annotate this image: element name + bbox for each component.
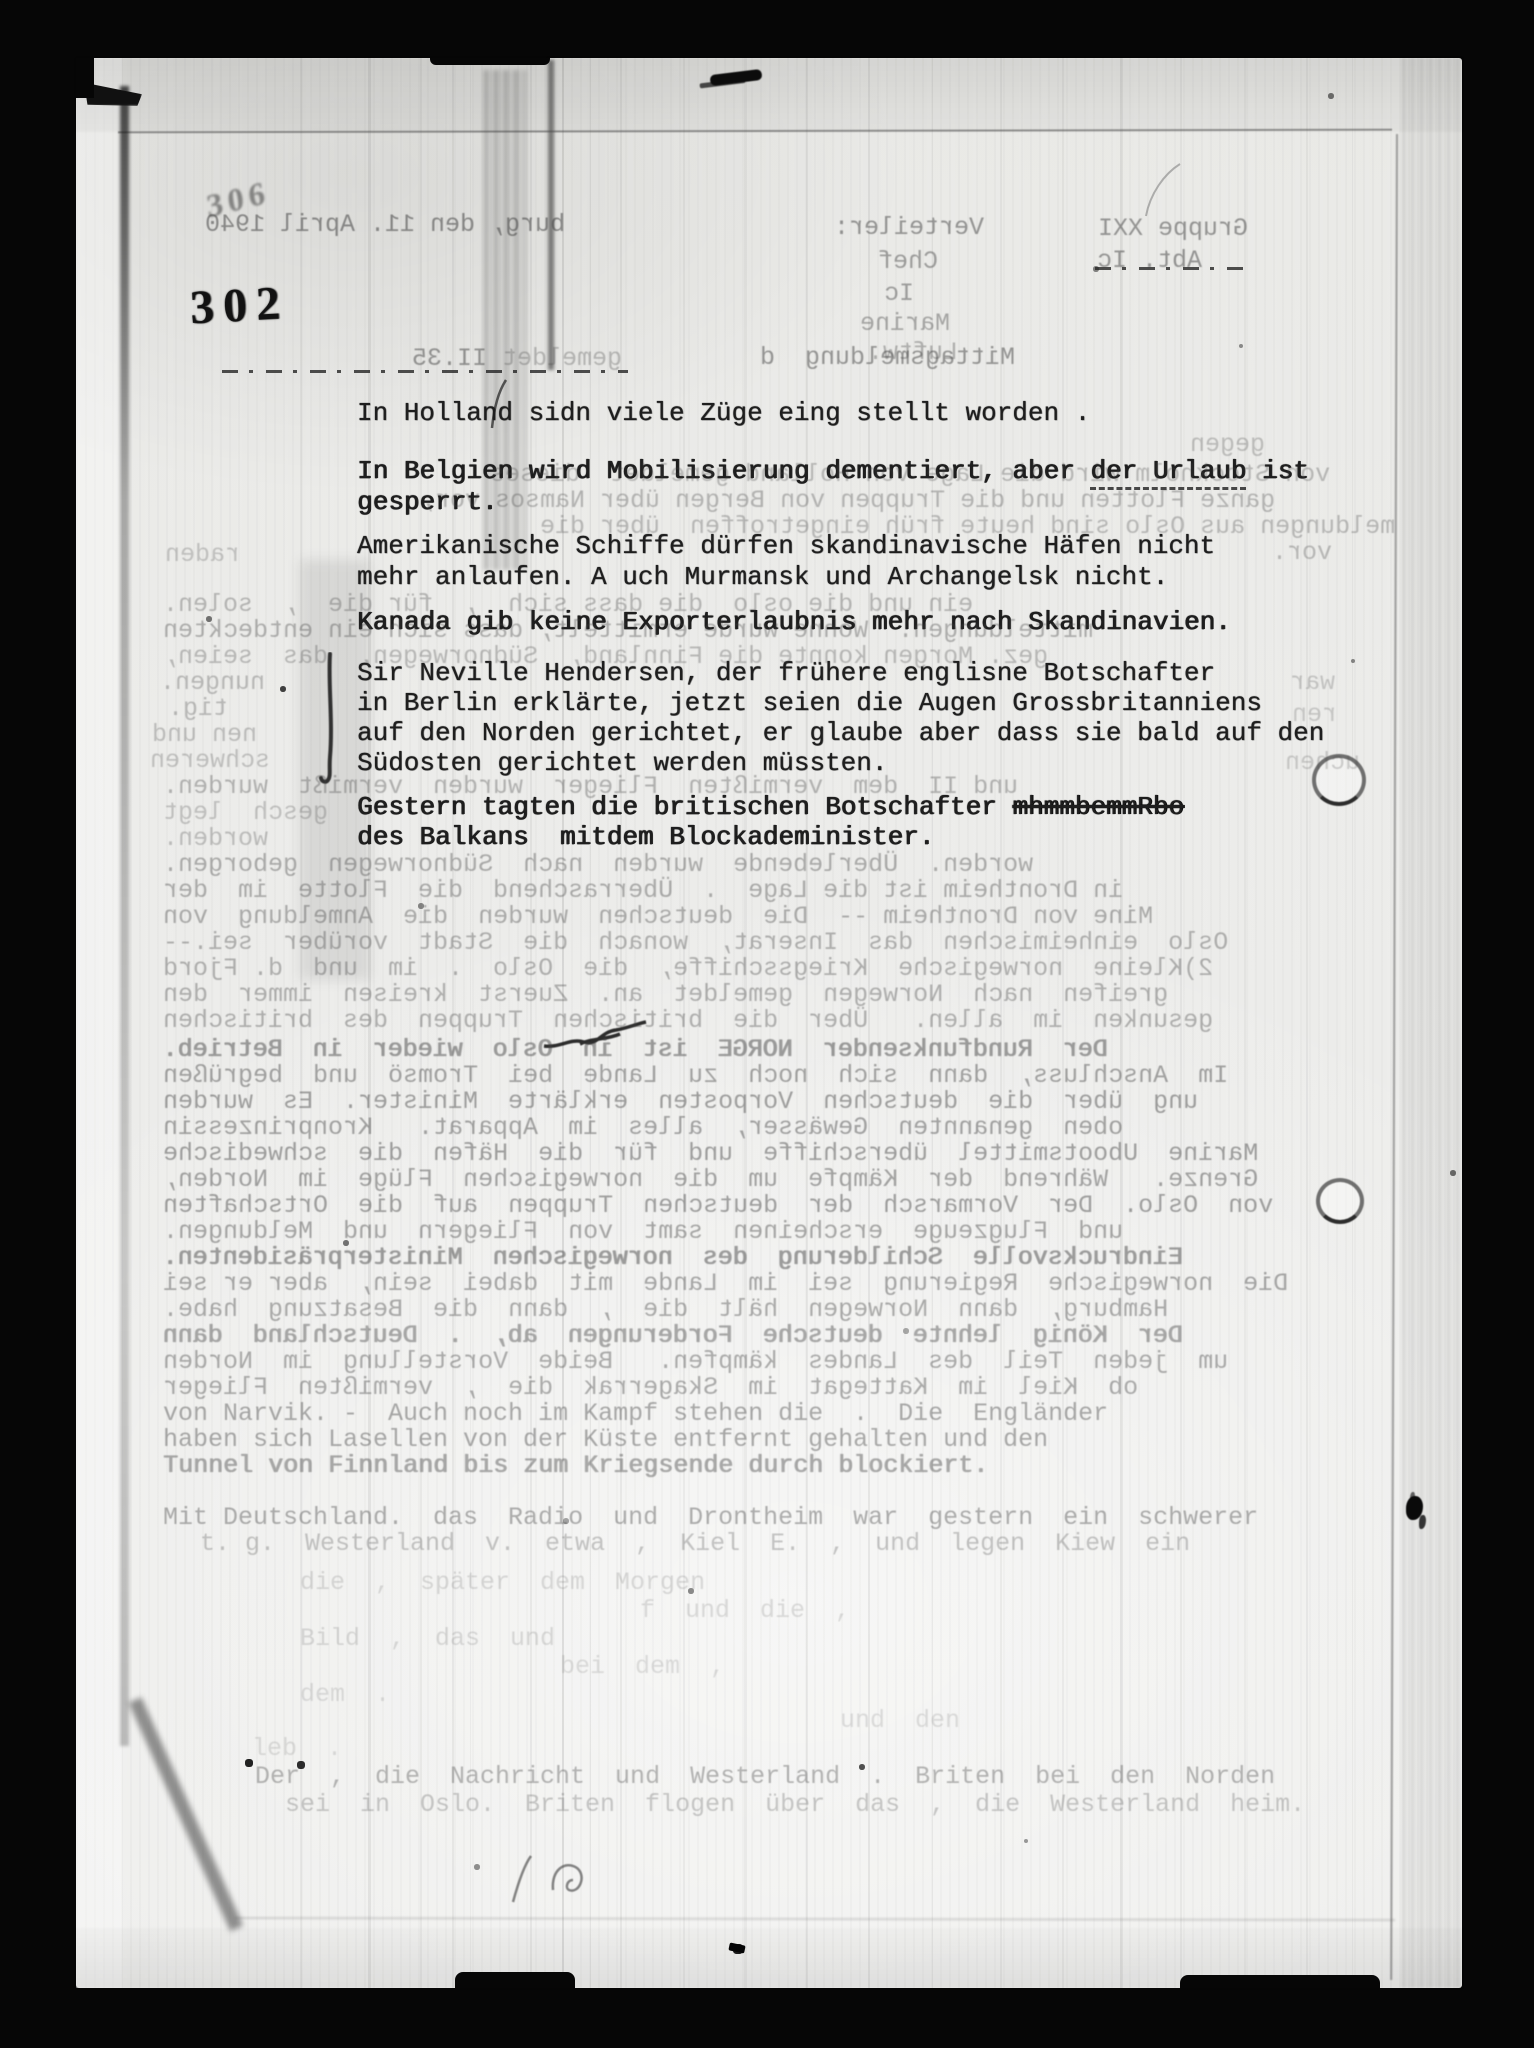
bleed-text-line: haben sich Lasellen von der Küste entfer… <box>163 1425 1048 1454</box>
bleed-text-line: greifen nach Norwegen gemeldet an. Zuers… <box>163 980 1168 1009</box>
bleed-text-line: schweren <box>150 746 270 775</box>
bleed-text-line: von Oslo. Der Vormarsch der deutschen Tr… <box>163 1191 1273 1220</box>
bleed-text-line: nungen. <box>160 668 265 697</box>
bleed-text-line: worden. <box>163 824 268 853</box>
dust-specks <box>0 0 2 2</box>
bleed-text-line: und II dem vermißten Flieger wurden verm… <box>163 772 1018 801</box>
left-crease <box>120 86 129 1746</box>
bleed-text-line: gesunken im allen. Über die britischen T… <box>163 1006 1213 1035</box>
bleed-text-line: und den <box>840 1706 960 1735</box>
header-bleed-line: Verteiler: <box>834 213 984 242</box>
bleed-text-line: Eindrucksvolle Schilderung des norwegisc… <box>163 1243 1183 1272</box>
struck-text: mhmmbemmRbo <box>1012 792 1184 822</box>
pen-loop-scribble <box>495 1850 605 1910</box>
typed-text: des Balkans mitdem Blockademinister. <box>357 822 934 852</box>
bleed-text-line: leb . <box>252 1734 342 1763</box>
bleed-text-line: Die norwegische Regierung sei im Lande m… <box>163 1269 1288 1298</box>
paper-right-shading <box>1402 58 1462 1988</box>
hairline-scratch <box>1130 160 1190 220</box>
bleed-text-line: von Narvik. - Auch noch im Kampf stehen … <box>163 1399 1108 1428</box>
bleed-text-line: uchen <box>1285 748 1360 777</box>
typed-text: In Holland sidn viele Züge eing stellt w… <box>357 398 1090 428</box>
bleed-text-line: Tunnel von Finnland bis zum Kriegsende d… <box>163 1451 988 1480</box>
bleed-text-line: Im Anschluss, dann sich noch zu Lande be… <box>163 1061 1228 1090</box>
bleed-text-line: 2)Kleine norwegische Kriegsschiffe, die … <box>163 954 1213 983</box>
bleed-text-line: Hamburg, dann Norwegen hält die , dann d… <box>163 1295 1168 1324</box>
bleed-text-line: Oslo einheimischen das Inserat, wonach d… <box>163 928 1228 957</box>
bleed-text-line: in Drontheim ist die Lage . Überraschend… <box>163 876 1123 905</box>
bleed-text-line: die , später dem Morgen <box>300 1568 705 1597</box>
header-bleed-line: II.35 <box>412 344 487 373</box>
bleed-text-line: bei dem , <box>560 1652 725 1681</box>
typed-line: in Berlin erklärte, jetzt seien die Auge… <box>357 688 1262 718</box>
dashed-underline <box>1095 267 1243 270</box>
bleed-text-line: worden. Überlebende wurden nach Südnorwe… <box>163 850 1033 879</box>
paper-left-strip <box>76 58 122 1988</box>
bleed-text-line: Bild , das und <box>300 1624 555 1653</box>
typed-line: des Balkans mitdem Blockademinister. <box>357 822 934 852</box>
bleed-text-line: Mit Deutschland. das Radio und Drontheim… <box>163 1503 1258 1532</box>
frame-bump <box>76 58 94 98</box>
typed-text: mehr anlaufen. A uch Murmansk und Archan… <box>357 562 1168 592</box>
typed-line: In Holland sidn viele Züge eing stellt w… <box>357 398 1090 428</box>
bleed-text-line: Der , die Nachricht und Westerland . Bri… <box>255 1762 1275 1791</box>
frame-bump <box>430 58 550 65</box>
scanned-document: 306 302 burg, den 11. April 1940Verteile… <box>0 0 1534 2048</box>
header-bleed-line: Ic <box>884 279 914 308</box>
bleed-text-line: ob Kiel im Kattegat im Skagerrak die , v… <box>163 1373 1138 1402</box>
bleed-text-line: sei in Oslo. Briten flogen über das , di… <box>285 1790 1305 1819</box>
dashed-underline <box>222 370 628 373</box>
header-bleed-line: Gruppe XXI <box>1098 214 1248 243</box>
bleed-text-line: war <box>1290 668 1335 697</box>
bleed-text-line: dem . <box>300 1680 390 1709</box>
bleed-text-line: nen und <box>152 720 257 749</box>
bleed-text-line: Mine von Drontheim -- Die deutschen wurd… <box>163 902 1153 931</box>
typed-text: auf den Norden gerichtet, er glaube aber… <box>357 718 1324 748</box>
paper-top-shading <box>76 58 1462 132</box>
bleed-text-line: ren <box>1292 700 1337 729</box>
typed-text: in Berlin erklärte, jetzt seien die Auge… <box>357 688 1262 718</box>
bleed-text-line: gegen <box>1190 430 1265 459</box>
header-bleed-line: gemeldet <box>502 344 622 373</box>
bleed-text-line: gez. Morgen konnte die Finnland, Südnorw… <box>163 642 1048 671</box>
bleed-text-line: tig. <box>168 694 228 723</box>
margin-pen-line <box>318 652 348 787</box>
page-number-stamp: 302 <box>189 275 291 335</box>
bleed-text-line: raden <box>165 540 240 569</box>
bleed-text-line: und Flugzeuge erscheinen samt von Fliege… <box>163 1217 1123 1246</box>
typed-line: auf den Norden gerichtet, er glaube aber… <box>357 718 1324 748</box>
header-bleed-line: burg, den 11. April 1940 <box>205 210 565 239</box>
header-bleed-line: Chef <box>878 247 938 276</box>
bleed-text-line: vor. <box>1272 538 1332 567</box>
header-bleed-line: Abt. Ic <box>1097 246 1202 275</box>
bleed-text-line: ein und die oslo die dass sich , für die… <box>163 590 973 619</box>
bleed-text-line: von Stockholm wird die Lage von Holland … <box>490 460 1330 489</box>
header-bleed-line: Mittagsmeldung d <box>760 343 1015 372</box>
typed-line: mehr anlaufen. A uch Murmansk und Archan… <box>357 562 1168 592</box>
frame-bump <box>455 1972 575 1988</box>
bleed-text-line: gesch legt <box>163 798 328 827</box>
bleed-text-line: mitteldungen. Wohne wurde ermittelt, das… <box>163 616 1093 645</box>
bleed-text-line: Der König lehnte deutsche Forderungen ab… <box>163 1321 1183 1350</box>
bleed-text-line: ganze Flotten und die Truppen von Bergen… <box>420 486 1275 515</box>
bleed-text-line: Grenze. Während der Kämpfe um die norweg… <box>163 1165 1258 1194</box>
bleed-text-line: um jeden Teil des Landes kämpfen. Beide … <box>163 1347 1228 1376</box>
bleed-text-line: ung über die deutschen Vorposten erklärt… <box>163 1087 1198 1116</box>
header-bleed-line: Marine <box>860 309 950 338</box>
bleed-text-line: t. g. Westerland v. etwa , Kiel E. , und… <box>200 1529 1190 1558</box>
bleed-text-line: Marine Ubootsmittel überschiffe und für … <box>163 1139 1258 1168</box>
bleed-text-line: Der Rundfunksender NORGE ist in Oslo wie… <box>163 1035 1108 1064</box>
frame-bump <box>1180 1975 1380 1988</box>
punch-hole-bottom <box>1316 1178 1364 1224</box>
bleed-text-line: meldungen aus Oslo sind heute früh einge… <box>540 512 1395 541</box>
bleed-text-line: oben genannten Gewässer, alles im Appara… <box>163 1113 1123 1142</box>
bleed-text-line: f und die , <box>640 1596 850 1625</box>
